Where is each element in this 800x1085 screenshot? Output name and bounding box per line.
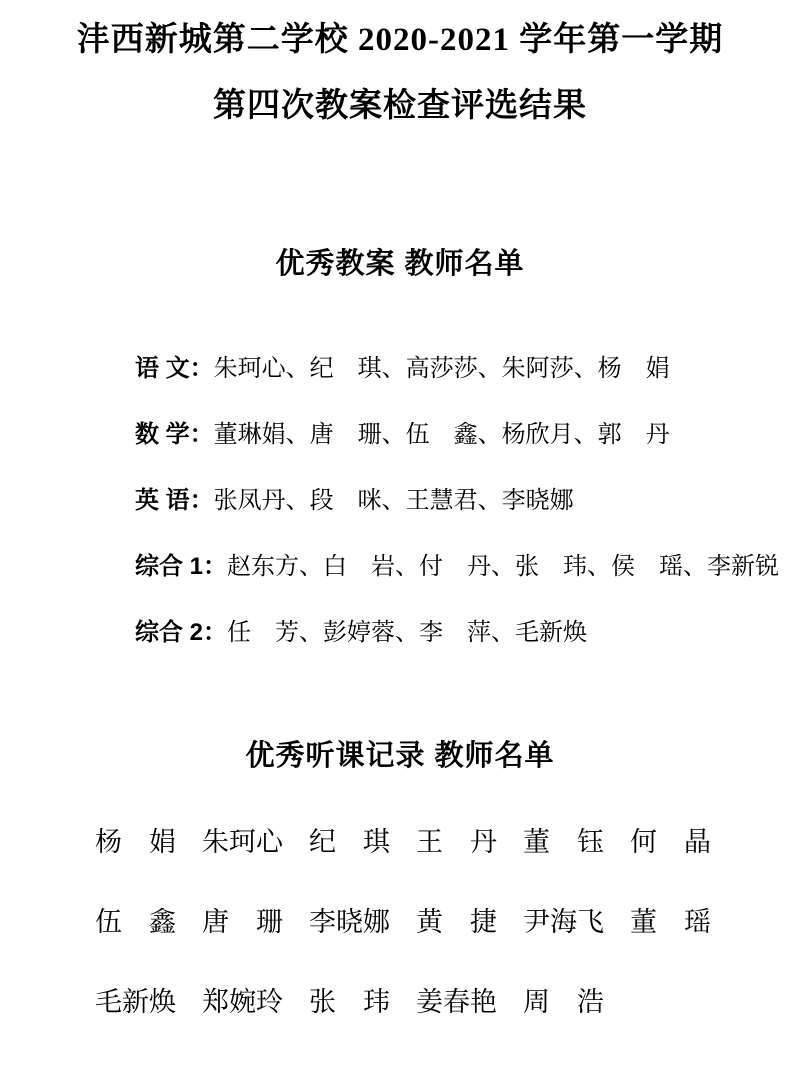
subject-names: 张凤丹、段 咪、王慧君、李晓娜 [214, 487, 574, 514]
subject-colon: ： [190, 421, 214, 448]
subject-colon: ： [190, 355, 214, 382]
subject-names: 朱珂心、纪 琪、高莎莎、朱阿莎、杨 娟 [214, 355, 670, 382]
subject-line-comprehensive-2: 综合 2：任 芳、彭婷蓉、李 萍、毛新焕 [135, 618, 760, 648]
document-title-line-2: 第四次教案检查评选结果 [0, 86, 800, 126]
subject-line-english: 英 语：张凤丹、段 咪、王慧君、李晓娜 [135, 486, 760, 516]
subject-colon: ： [203, 553, 227, 580]
name-row: 毛新焕 郑婉玲 张 玮 姜春艳 周 浩 [95, 986, 760, 1019]
subject-colon: ： [203, 619, 227, 646]
teacher-name: 纪 琪 [309, 826, 390, 859]
subject-names: 任 芳、彭婷蓉、李 萍、毛新焕 [227, 619, 587, 646]
name-row: 伍 鑫 唐 珊 李晓娜 黄 捷 尹海飞 董 瑶 [95, 906, 760, 939]
document-page: 沣西新城第二学校 2020-2021 学年第一学期 第四次教案检查评选结果 优秀… [0, 0, 800, 1085]
subject-line-chinese: 语 文：朱珂心、纪 琪、高莎莎、朱阿莎、杨 娟 [135, 354, 760, 384]
teacher-name: 李晓娜 [309, 906, 390, 939]
section-heading-excellent-listening-records: 优秀听课记录 教师名单 [0, 738, 800, 774]
subject-names: 赵东方、白 岩、付 丹、张 玮、侯 瑶、李新锐 [227, 553, 779, 580]
section-heading-excellent-lesson-plans: 优秀教案 教师名单 [0, 246, 800, 282]
subject-names: 董琳娟、唐 珊、伍 鑫、杨欣月、郭 丹 [214, 421, 670, 448]
teacher-name: 王 丹 [416, 826, 497, 859]
subject-label: 英 语 [135, 487, 190, 514]
subject-label: 综合 2 [135, 619, 203, 646]
teacher-name: 董 钰 [523, 826, 604, 859]
teacher-name: 姜春艳 [416, 986, 497, 1019]
teacher-name: 周 浩 [523, 986, 604, 1019]
subject-list: 语 文：朱珂心、纪 琪、高莎莎、朱阿莎、杨 娟 数 学：董琳娟、唐 珊、伍 鑫、… [135, 354, 760, 648]
subject-label: 语 文 [135, 355, 190, 382]
teacher-name: 唐 珊 [202, 906, 283, 939]
teacher-name: 毛新焕 [95, 986, 176, 1019]
subject-line-math: 数 学：董琳娟、唐 珊、伍 鑫、杨欣月、郭 丹 [135, 420, 760, 450]
subject-line-comprehensive-1: 综合 1：赵东方、白 岩、付 丹、张 玮、侯 瑶、李新锐 [135, 552, 760, 582]
teacher-name: 黄 捷 [416, 906, 497, 939]
teacher-name: 朱珂心 [202, 826, 283, 859]
document-title-line-1: 沣西新城第二学校 2020-2021 学年第一学期 [0, 0, 800, 60]
name-row: 杨 娟 朱珂心 纪 琪 王 丹 董 钰 何 晶 [95, 826, 760, 859]
listening-record-name-rows: 杨 娟 朱珂心 纪 琪 王 丹 董 钰 何 晶 伍 鑫 唐 珊 李晓娜 黄 捷 … [95, 826, 760, 1019]
teacher-name: 董 瑶 [630, 906, 711, 939]
subject-label: 数 学 [135, 421, 190, 448]
teacher-name: 张 玮 [309, 986, 390, 1019]
subject-colon: ： [190, 487, 214, 514]
teacher-name: 杨 娟 [95, 826, 176, 859]
subject-label: 综合 1 [135, 553, 203, 580]
teacher-name: 尹海飞 [523, 906, 604, 939]
teacher-name: 郑婉玲 [202, 986, 283, 1019]
teacher-name: 伍 鑫 [95, 906, 176, 939]
teacher-name: 何 晶 [630, 826, 711, 859]
